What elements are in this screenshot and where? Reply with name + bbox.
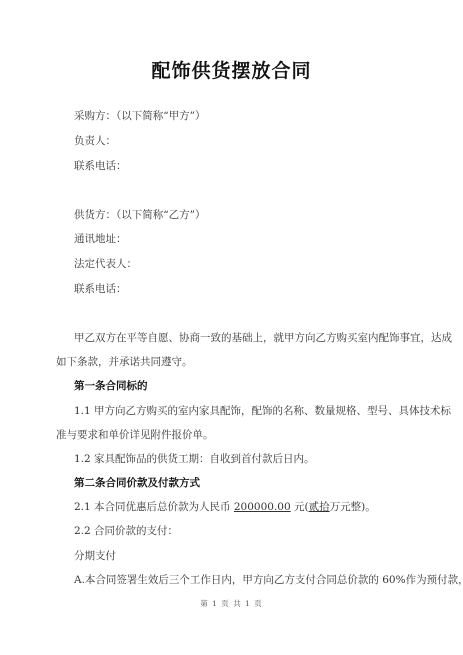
clause-2-1-mid: 元( [291, 501, 309, 513]
clause-2-1: 2.1 本合同优惠后总价款为人民币 200000.00 元(贰拾万元整)。 [74, 500, 376, 514]
clause-2-2: 2.2 合同价款的支付： [74, 524, 178, 538]
party-b-address: 通讯地址： [74, 232, 127, 246]
party-b-label: 供货方：（以下简称“乙方”） [74, 208, 206, 222]
document-page: 配饰供货摆放合同 采购方：（以下简称“甲方”） 负责人： 联系电话： 供货方：（… [0, 0, 463, 655]
article-1-heading: 第一条合同标的 [74, 379, 148, 393]
clause-2-1-prefix: 2.1 本合同优惠后总价款为人民币 [74, 501, 234, 513]
party-a-phone: 联系电话： [74, 159, 127, 173]
clause-a: A.本合同签署生效后三个工作日内，甲方向乙方支付合同总价款的 60%作为预付款， [74, 573, 463, 587]
party-b-legal-rep: 法定代表人： [74, 257, 137, 271]
party-a-responsible: 负责人： [74, 134, 116, 148]
installment-label: 分期支付 [74, 549, 116, 563]
document-title: 配饰供货摆放合同 [0, 56, 463, 83]
preamble-line-2: 如下条款，并承诺共同遵守。 [56, 355, 193, 369]
clause-1-2: 1.2 家具配饰品的供货工期：自收到首付款后日内。 [74, 452, 315, 466]
party-b-phone: 联系电话： [74, 282, 127, 296]
clause-2-1-amount: 200000.00 [234, 501, 291, 513]
party-a-label: 采购方：（以下简称“甲方”） [74, 109, 206, 123]
clause-2-1-words: 贰拾 [309, 501, 330, 513]
page-footer: 第 1 页 共 1 页 [0, 598, 463, 609]
preamble-line-1: 甲乙双方在平等自愿、协商一致的基础上，就甲方向乙方购买室内配饰事宜，达成 [74, 331, 452, 345]
clause-2-1-suffix: 万元整)。 [330, 501, 376, 513]
clause-1-1-line-1: 1.1 甲方向乙方购买的室内家具配饰，配饰的名称、数量规格、型号、具体技术标 [74, 404, 451, 418]
article-2-heading: 第二条合同价款及付款方式 [74, 476, 200, 490]
clause-1-1-line-2: 准与要求和单价详见附件报价单。 [56, 428, 214, 442]
